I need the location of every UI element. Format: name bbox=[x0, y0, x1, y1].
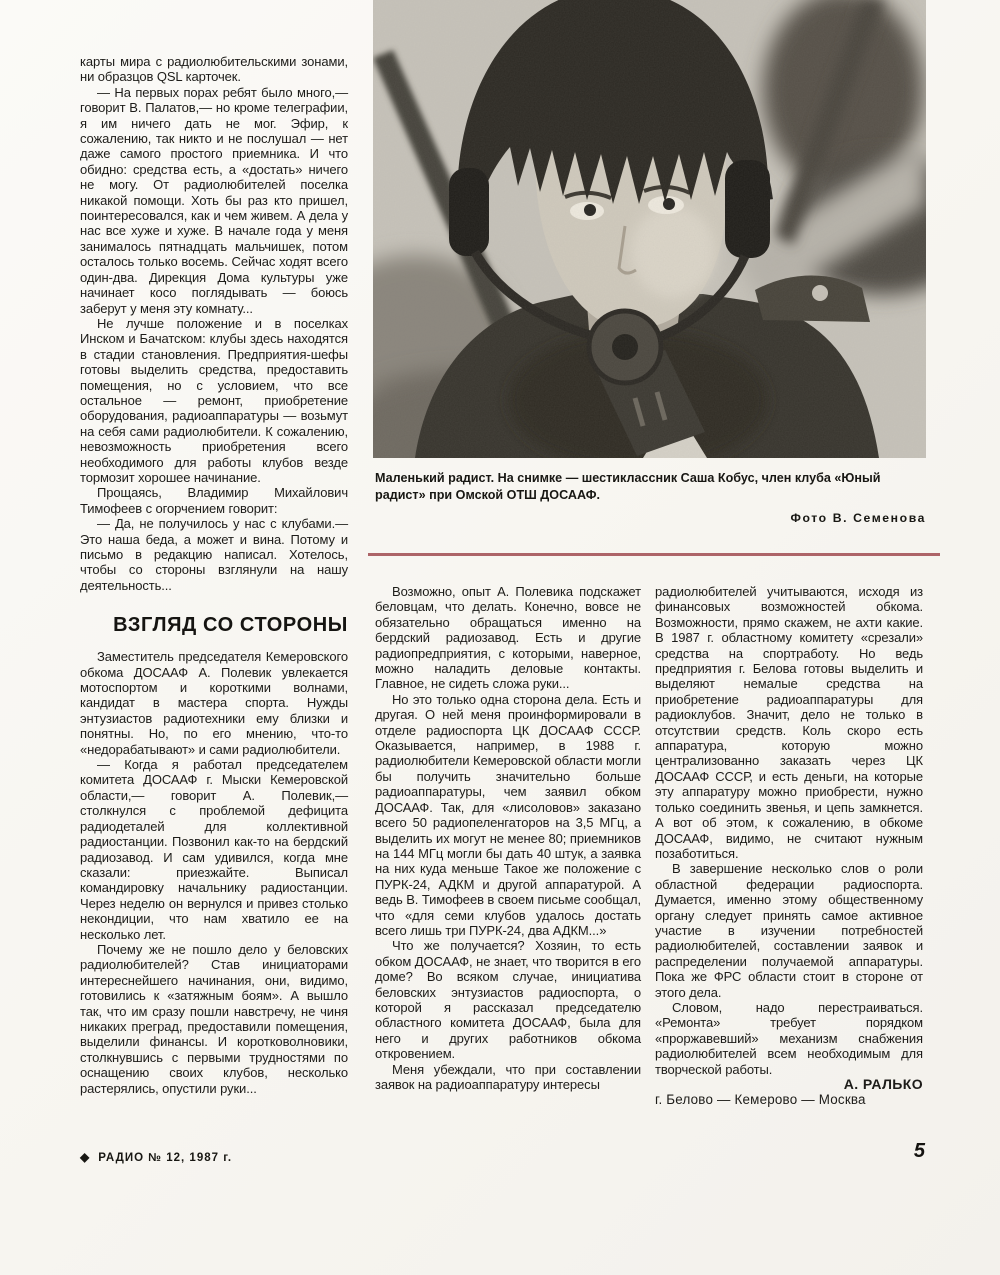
paragraph: Что же получается? Хозяин, то есть обком… bbox=[375, 938, 641, 1061]
paragraph: — Когда я работал председателем комитета… bbox=[80, 757, 348, 942]
middle-column: Возможно, опыт А. Полевика подскажет бел… bbox=[375, 584, 641, 1092]
paragraph: Прощаясь, Владимир Михайлович Тимофеев с… bbox=[80, 485, 348, 516]
magazine-issue-label: РАДИО № 12, 1987 г. bbox=[98, 1152, 232, 1164]
paragraph: Заместитель председателя Кемеровского об… bbox=[80, 649, 348, 757]
photo-caption: Маленький радист. На снимке — шестикласс… bbox=[375, 470, 926, 504]
caption-block: Маленький радист. На снимке — шестикласс… bbox=[375, 470, 926, 525]
paragraph: — На первых порах ребят было много,— гов… bbox=[80, 85, 348, 316]
photo-credit: Фото В. Семенова bbox=[375, 511, 926, 525]
paragraph: В завершение несколько слов о роли облас… bbox=[655, 861, 923, 1000]
paragraph: Почему же не пошло дело у беловских ради… bbox=[80, 942, 348, 1096]
magazine-page: карты мира с радиолюбительскими зонами, … bbox=[0, 0, 1000, 1275]
paragraph: Возможно, опыт А. Полевика подскажет бел… bbox=[375, 584, 641, 692]
diamond-icon: ◆ bbox=[80, 1150, 89, 1164]
photo-boy-radio-operator-illustration bbox=[373, 0, 926, 458]
paragraph: — Да, не получилось у нас с клубами.— Эт… bbox=[80, 516, 348, 593]
left-column: карты мира с радиолюбительскими зонами, … bbox=[80, 54, 348, 1096]
paragraph: Словом, надо перестраиваться. «Ремонта» … bbox=[655, 1000, 923, 1077]
byline-location: г. Белово — Кемерово — Москва bbox=[655, 1092, 923, 1107]
paragraph: Не лучше положение и в поселках Инском и… bbox=[80, 316, 348, 485]
page-number: 5 bbox=[885, 1140, 925, 1163]
divider-rule bbox=[368, 553, 940, 556]
footer-magazine-info: ◆РАДИО № 12, 1987 г. bbox=[80, 1150, 232, 1164]
paragraph: карты мира с радиолюбительскими зонами, … bbox=[80, 54, 348, 85]
paragraph: радиолюбителей учитываются, исходя из фи… bbox=[655, 584, 923, 861]
paragraph: Но это только одна сторона дела. Есть и … bbox=[375, 692, 641, 939]
author-byline: А. РАЛЬКО bbox=[655, 1077, 923, 1092]
photo bbox=[373, 0, 926, 458]
paragraph: Меня убеждали, что при составлении заяво… bbox=[375, 1062, 641, 1093]
section-heading: ВЗГЛЯД СО СТОРОНЫ bbox=[80, 614, 348, 636]
right-column: радиолюбителей учитываются, исходя из фи… bbox=[655, 584, 923, 1108]
